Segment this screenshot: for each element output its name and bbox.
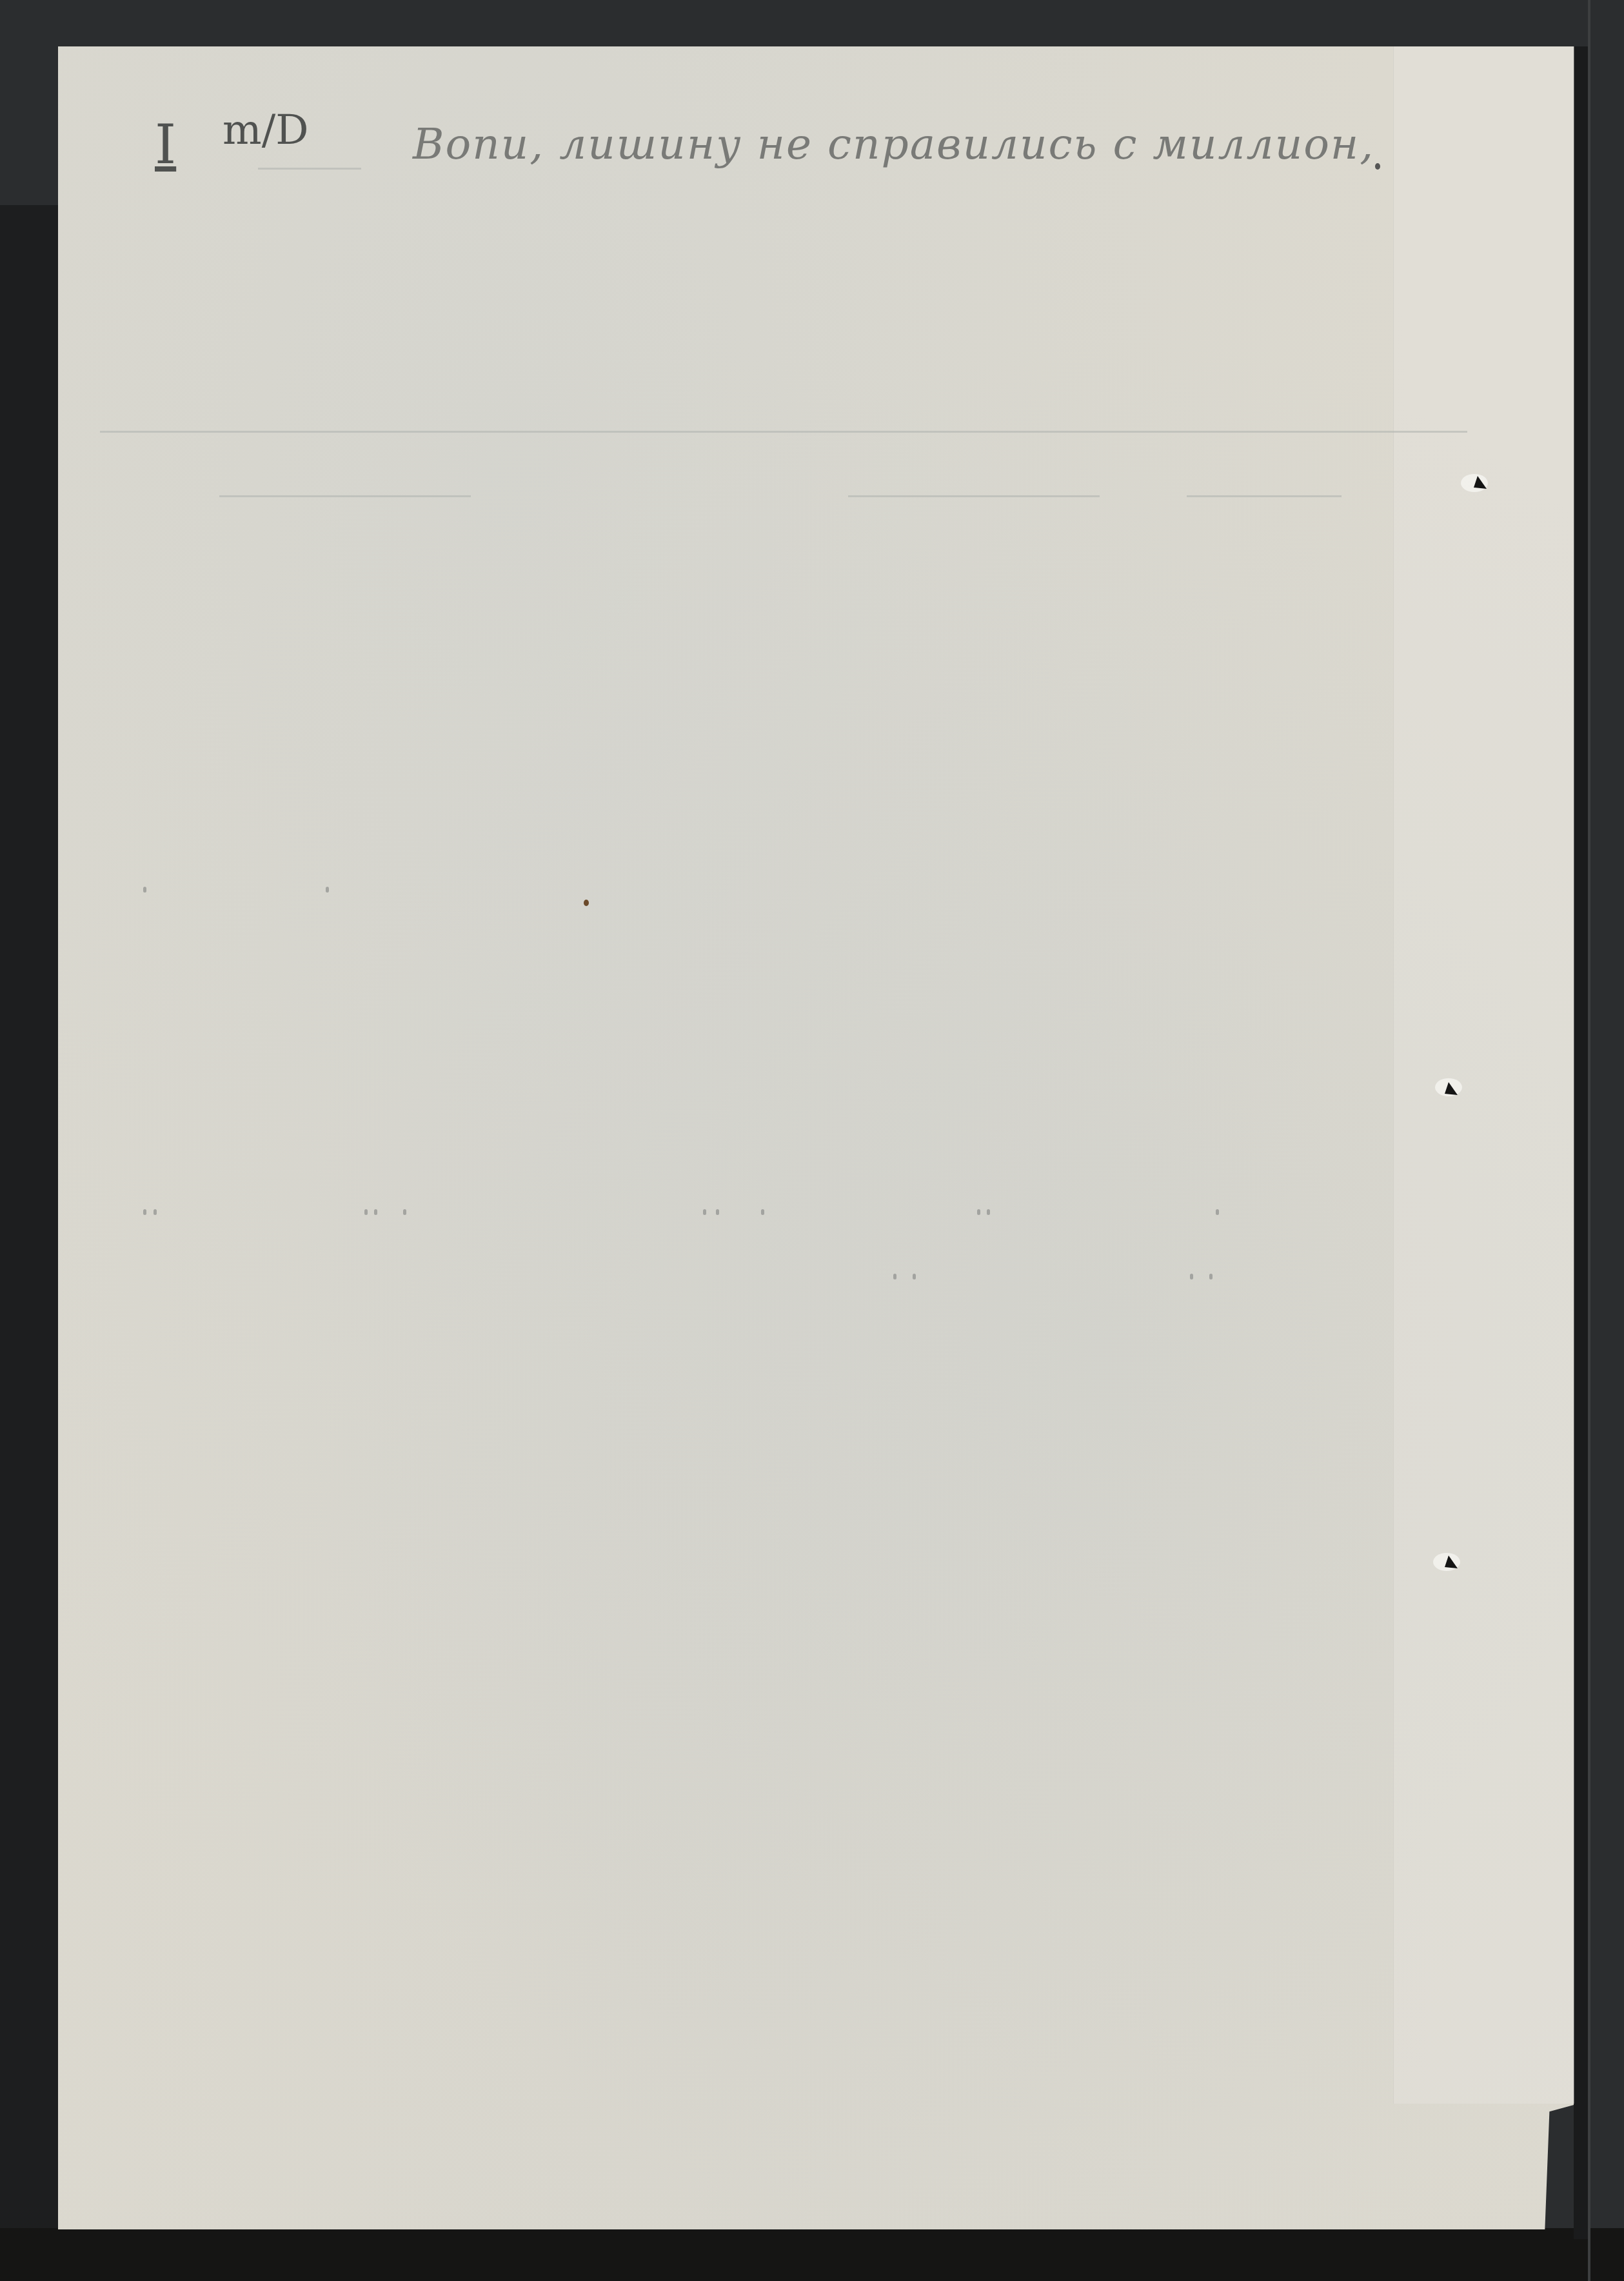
form-line: [1187, 495, 1342, 497]
dot-mark: [977, 1209, 980, 1215]
dot-mark: [703, 1209, 706, 1215]
form-line: [848, 495, 1100, 497]
scanner-background-bottom: [0, 2228, 1624, 2281]
dot-mark: [987, 1209, 990, 1215]
punch-hole-halo: [1461, 474, 1488, 492]
dot-mark: [1190, 1274, 1193, 1279]
ink-speck: [1375, 163, 1380, 170]
ink-speck: [584, 900, 589, 906]
folded-edge-strip: [1393, 46, 1574, 2104]
scanner-edge-shadow: [1574, 46, 1588, 2239]
dot-mark: [374, 1209, 377, 1215]
dot-mark: [913, 1274, 916, 1279]
form-line: [100, 431, 1467, 433]
dot-mark: [761, 1209, 764, 1215]
form-line: [258, 168, 361, 170]
dot-mark: [364, 1209, 368, 1215]
scanner-background-left: [0, 205, 58, 2281]
dot-mark: [403, 1209, 406, 1215]
dot-mark: [716, 1209, 719, 1215]
scanner-rail: [1588, 0, 1590, 2281]
paper-sheet: [58, 46, 1574, 2229]
dot-mark: [1216, 1209, 1219, 1215]
handwritten-note: Вопи, лишину не справились с миллион,: [413, 119, 1374, 169]
dot-mark: [326, 887, 329, 893]
roman-numeral-mark: I: [155, 113, 176, 176]
dot-mark: [1209, 1274, 1213, 1279]
dot-mark: [153, 1209, 157, 1215]
dot-mark: [143, 1209, 146, 1215]
dot-mark: [143, 887, 146, 893]
form-line: [219, 495, 471, 497]
dot-mark: [893, 1274, 896, 1279]
reference-mark: m/D: [223, 106, 309, 154]
